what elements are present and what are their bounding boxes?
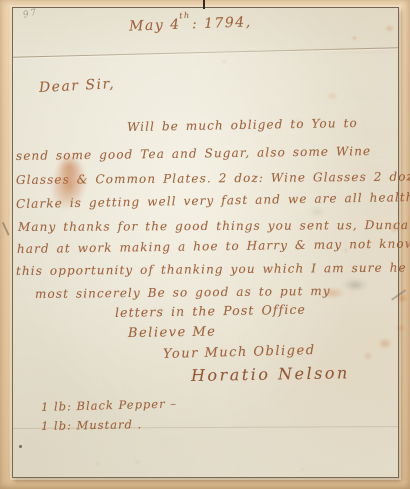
letter-line: Will be much obliged to You to xyxy=(127,116,358,134)
foxing-stain xyxy=(321,287,345,299)
foxing-stain xyxy=(390,222,399,234)
date-suffix: : 1794, xyxy=(192,14,252,32)
pencil-smudge xyxy=(309,208,325,216)
foxing-stain xyxy=(352,36,357,40)
letter-sheet: 97 May 4th: 1794, Dear Sir, Will be much… xyxy=(12,7,399,478)
date-prefix: May 4 xyxy=(129,17,181,35)
mat-board: 97 May 4th: 1794, Dear Sir, Will be much… xyxy=(0,0,410,489)
letter-line: hard at work making a hoe to Harry & may… xyxy=(17,236,410,256)
signature: Horatio Nelson xyxy=(191,363,350,385)
foxing-stain xyxy=(300,468,304,471)
letter-line: Many thanks for the good things you sent… xyxy=(18,218,410,234)
postscript-line: 1 lb: Mustard . xyxy=(41,417,143,433)
pencil-smudge xyxy=(343,280,367,290)
letter-line: this opportunity of thanking you which I… xyxy=(16,260,410,278)
ink-dot xyxy=(19,445,22,448)
foxing-stain xyxy=(378,338,392,349)
foxing-stain xyxy=(342,248,349,253)
letter-photograph: { "colors": { "mat_board": "#e9cda7", "p… xyxy=(0,0,410,489)
pencil-mark-left-edge xyxy=(2,222,9,235)
foxing-stain xyxy=(160,308,164,311)
crease-tick-mark xyxy=(203,0,205,9)
foxing-stain xyxy=(95,462,100,466)
letter-line: most sincerely Be so good as to put my xyxy=(35,284,331,301)
closing-line: Your Much Obliged xyxy=(163,343,316,362)
letter-line: letters in the Post Office xyxy=(115,302,306,320)
foxing-stain xyxy=(363,352,373,360)
foxing-stain xyxy=(135,460,140,464)
foxing-stain xyxy=(385,25,394,32)
foxing-stain xyxy=(57,154,81,180)
foxing-stain xyxy=(326,92,338,100)
date-superscript: th xyxy=(179,11,191,20)
postscript-line: 1 lb: Black Pepper – xyxy=(41,396,177,414)
foxing-stain xyxy=(396,324,405,332)
salutation: Dear Sir, xyxy=(39,76,116,96)
foxing-stain xyxy=(222,60,226,63)
closing-line: Believe Me xyxy=(128,324,217,341)
foxing-stain xyxy=(294,119,302,125)
